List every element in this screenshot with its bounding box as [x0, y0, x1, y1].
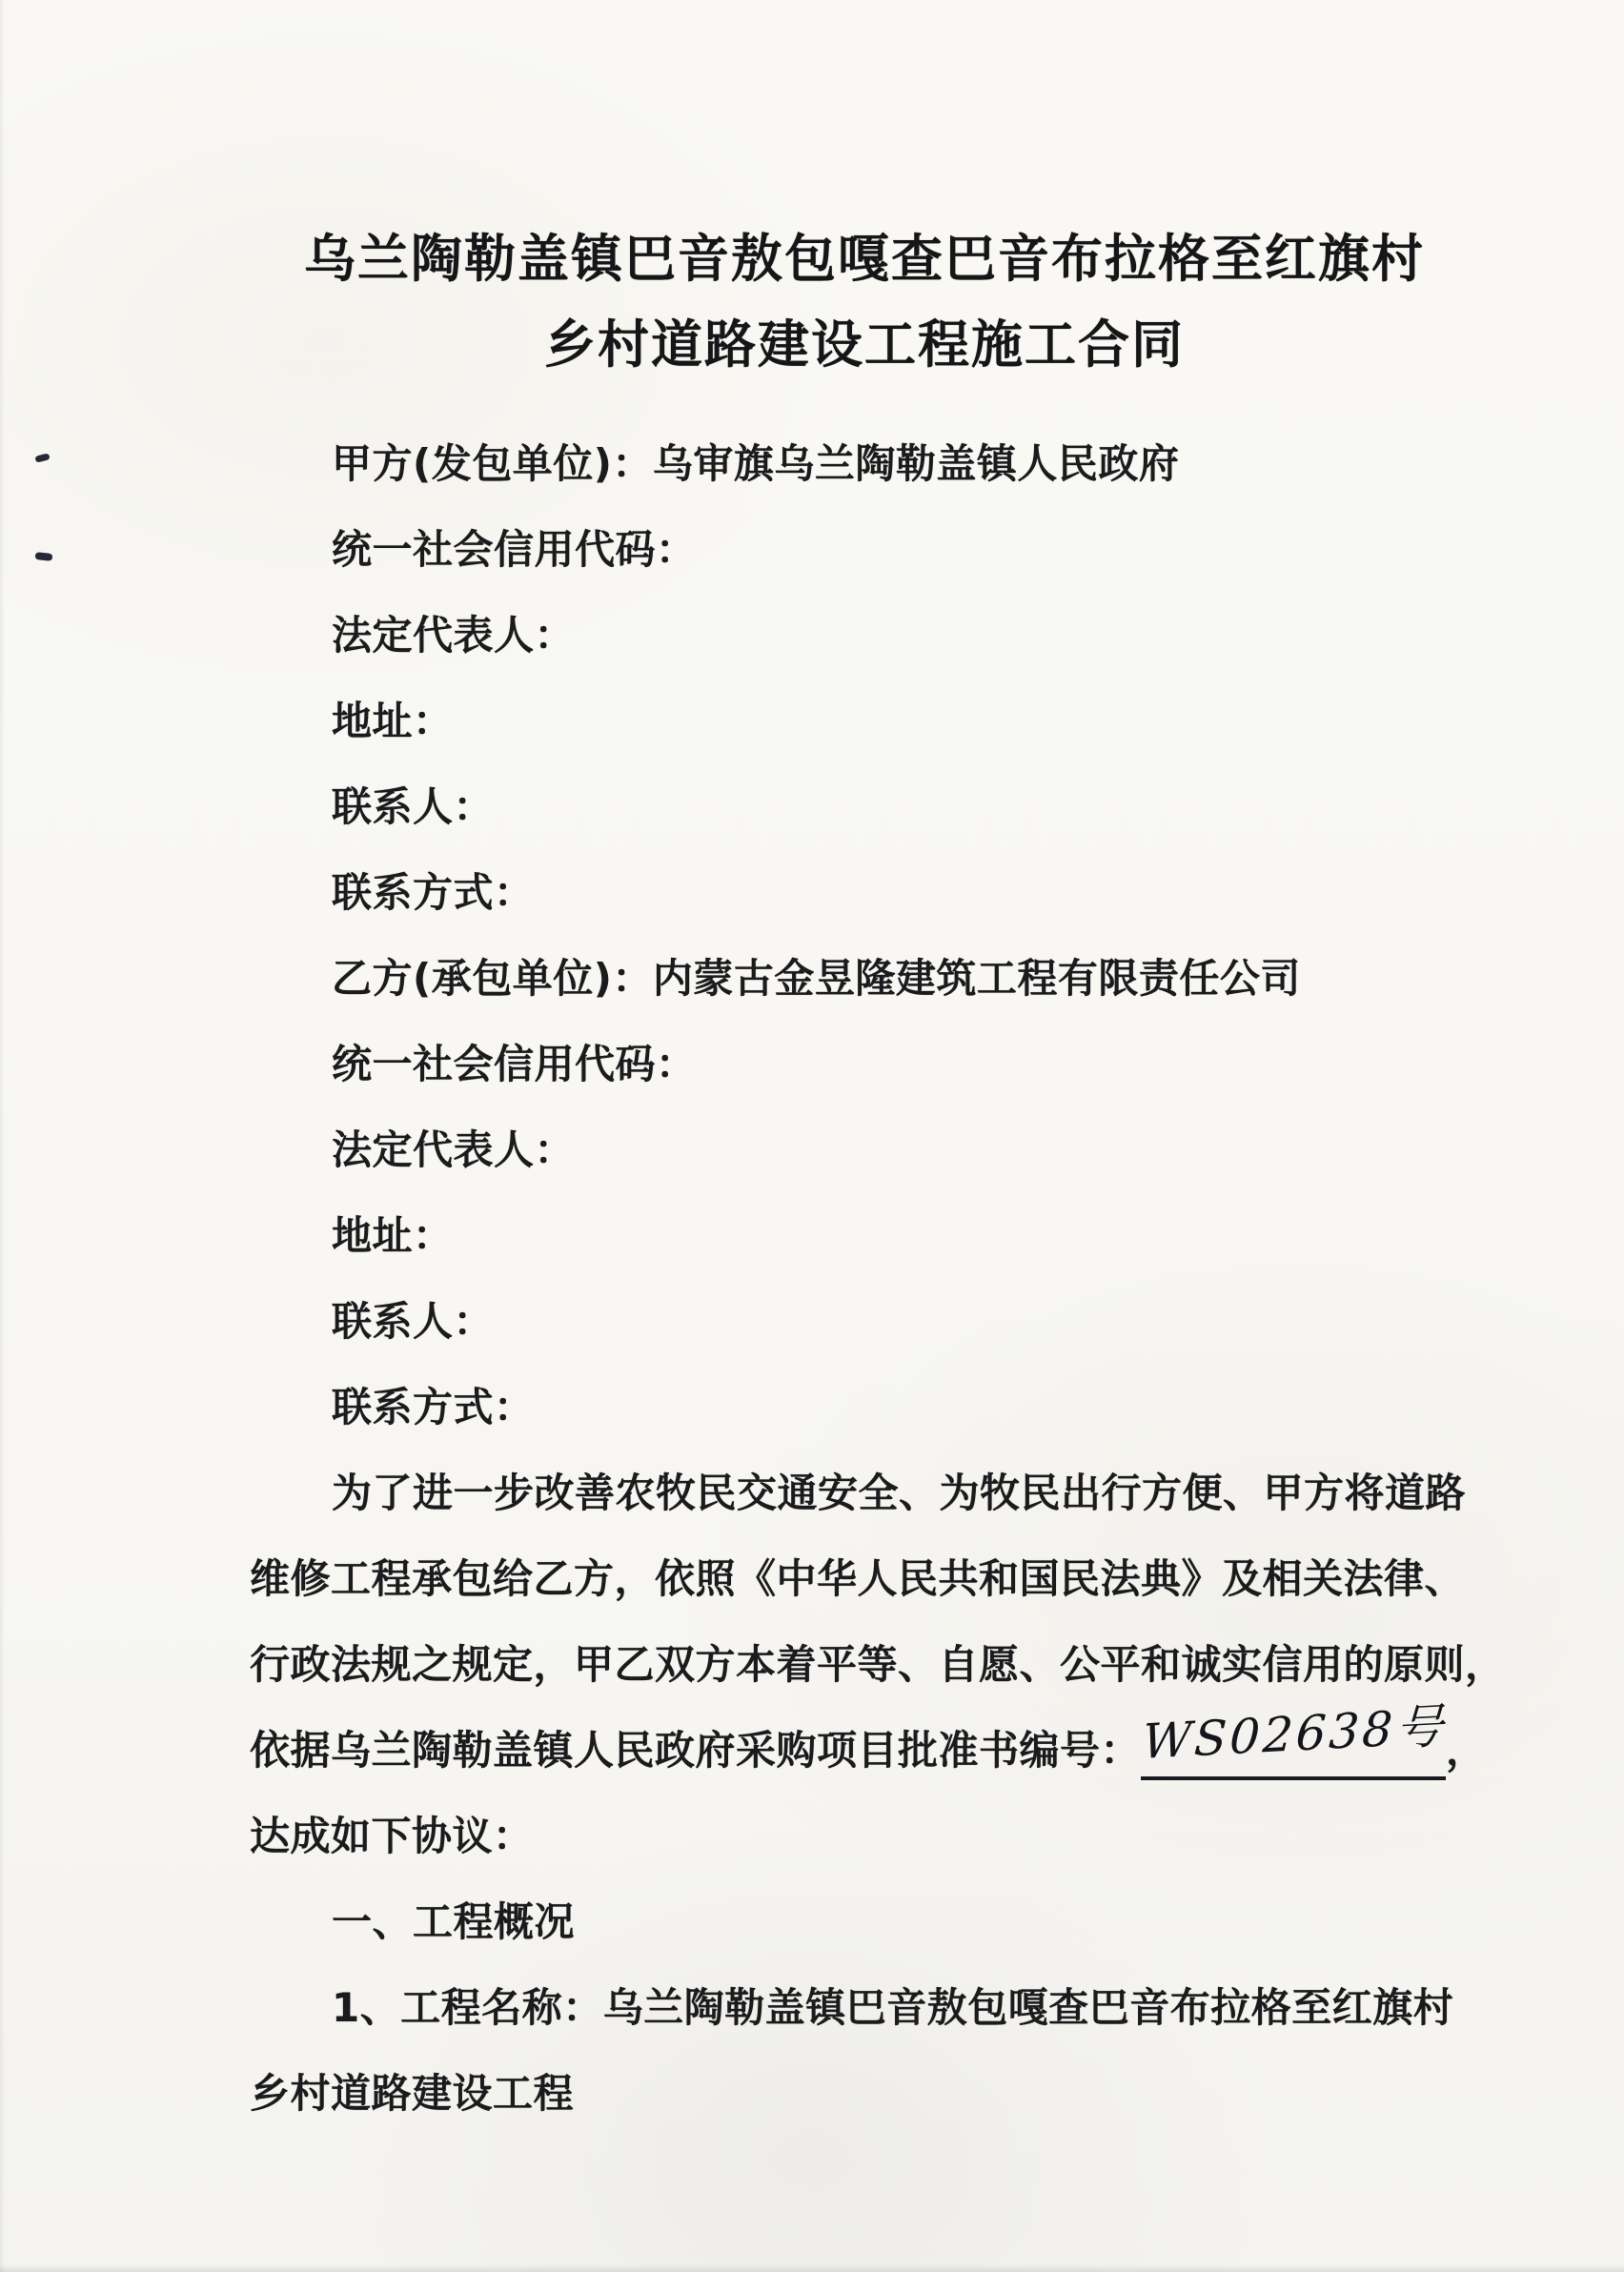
party-a-label: 甲方(发包单位)：	[332, 440, 653, 487]
section-1-item-1-line-1: 1、工程名称：乌兰陶勒盖镇巴音敖包嘎查巴音布拉格至红旗村	[250, 1965, 1479, 2051]
section-1-heading: 一、工程概况	[250, 1879, 1479, 1965]
party-b-label: 乙方(承包单位)：	[332, 955, 653, 1002]
ink-mark	[34, 453, 50, 462]
party-b-address-label: 地址：	[250, 1193, 1479, 1279]
scan-edge-bottom	[0, 2264, 1624, 2272]
preamble-line-1: 为了进一步改善农牧民交通安全、为牧民出行方便、甲方将道路	[250, 1450, 1479, 1536]
preamble-line-2: 维修工程承包给乙方，依照《中华人民共和国民法典》及相关法律、	[250, 1536, 1479, 1622]
preamble-line-4: 依据乌兰陶勒盖镇人民政府采购项目批准书编号：WS02638号，	[250, 1708, 1479, 1794]
party-a-credit-code-label: 统一社会信用代码：	[250, 507, 1479, 593]
contract-body: 乌兰陶勒盖镇巴音敖包嘎查巴音布拉格至红旗村 乡村道路建设工程施工合同 甲方(发包…	[250, 216, 1479, 2137]
party-a-legal-representative-label: 法定代表人：	[250, 593, 1479, 679]
party-a-contact-method-label: 联系方式：	[250, 850, 1479, 936]
party-a-name: 乌审旗乌兰陶勒盖镇人民政府	[653, 440, 1180, 487]
scan-edge-left	[0, 0, 5, 2272]
handwritten-approval-number: WS02638号	[1141, 1698, 1447, 1770]
party-b-legal-representative-label: 法定代表人：	[250, 1107, 1479, 1193]
party-b-line: 乙方(承包单位)：内蒙古金昱隆建筑工程有限责任公司	[250, 936, 1479, 1022]
party-b-contact-method-label: 联系方式：	[250, 1365, 1479, 1450]
party-b-name: 内蒙古金昱隆建筑工程有限责任公司	[653, 955, 1301, 1002]
preamble-line-5: 达成如下协议：	[250, 1794, 1479, 1879]
approval-number-blank: WS02638号	[1141, 1718, 1446, 1780]
approval-number-label: 依据乌兰陶勒盖镇人民政府采购项目批准书编号：	[250, 1727, 1141, 1774]
party-b-credit-code-label: 统一社会信用代码：	[250, 1022, 1479, 1107]
page-title-line-1: 乌兰陶勒盖镇巴音敖包嘎查巴音布拉格至红旗村	[250, 216, 1479, 302]
party-a-address-label: 地址：	[250, 679, 1479, 764]
scanned-contract-page: 乌兰陶勒盖镇巴音敖包嘎查巴音布拉格至红旗村 乡村道路建设工程施工合同 甲方(发包…	[0, 0, 1624, 2272]
preamble-line-3: 行政法规之规定，甲乙双方本着平等、自愿、公平和诚实信用的原则，	[250, 1622, 1479, 1708]
section-1-item-1-line-2: 乡村道路建设工程	[250, 2051, 1479, 2137]
preamble-line-4-comma: ，	[1446, 1727, 1487, 1774]
party-a-contact-person-label: 联系人：	[250, 764, 1479, 850]
party-a-line: 甲方(发包单位)：乌审旗乌兰陶勒盖镇人民政府	[250, 421, 1479, 507]
page-title-line-2: 乡村道路建设工程施工合同	[250, 302, 1479, 388]
party-b-contact-person-label: 联系人：	[250, 1279, 1479, 1365]
page-title: 乌兰陶勒盖镇巴音敖包嘎查巴音布拉格至红旗村 乡村道路建设工程施工合同	[250, 216, 1479, 388]
ink-mark	[35, 552, 53, 561]
